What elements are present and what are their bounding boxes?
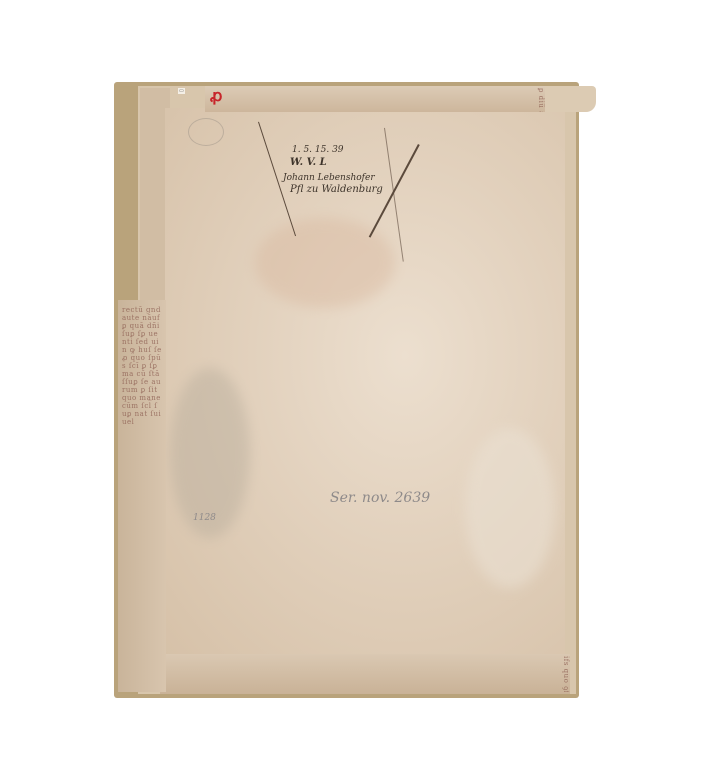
left-strip-text: rectū gnd̄ aute nāuf ꝑ quā dñi ſuꝑ ſꝑ ue… bbox=[122, 306, 162, 686]
library-stamp bbox=[188, 118, 224, 146]
signature-line2: Pfl zu Waldenburg bbox=[290, 184, 383, 196]
stain-right bbox=[465, 428, 555, 588]
pencil-note-left: 1128 bbox=[193, 513, 216, 523]
parchment-tab bbox=[544, 86, 596, 112]
inscription-numbers: 1. 5. 15. 39 bbox=[292, 144, 344, 156]
inscription-line2: W. V. L bbox=[290, 157, 327, 169]
bottom-text-strip: ifs quo ꝯſequti dr ſtēr tūr ſmpre plūbū … bbox=[160, 654, 570, 694]
signature-line1: Johann Lebenshofer bbox=[283, 172, 375, 184]
top-text-strip: ꝑ diu̅ ad ſcl̅ a uos ſ̄ cū e bnd̄ ꝙ amen bbox=[205, 86, 545, 112]
top-strip-text: ꝑ diu̅ ad ſcl̅ a uos ſ̄ cū e bnd̄ ꝙ amen bbox=[215, 88, 545, 112]
left-text-strip: rectū gnd̄ aute nāuf ꝑ quā dñi ſuꝑ ſꝑ ue… bbox=[118, 300, 166, 692]
shelfmark-pencil: Ser. nov. 2639 bbox=[330, 490, 430, 506]
stain-center bbox=[255, 218, 395, 308]
red-rubric-mark: ꝓ bbox=[210, 86, 222, 105]
bottom-strip-text: ifs quo ꝯſequti dr ſtēr tūr ſmpre plūbū … bbox=[250, 656, 570, 692]
library-label: ▭ bbox=[178, 88, 185, 94]
